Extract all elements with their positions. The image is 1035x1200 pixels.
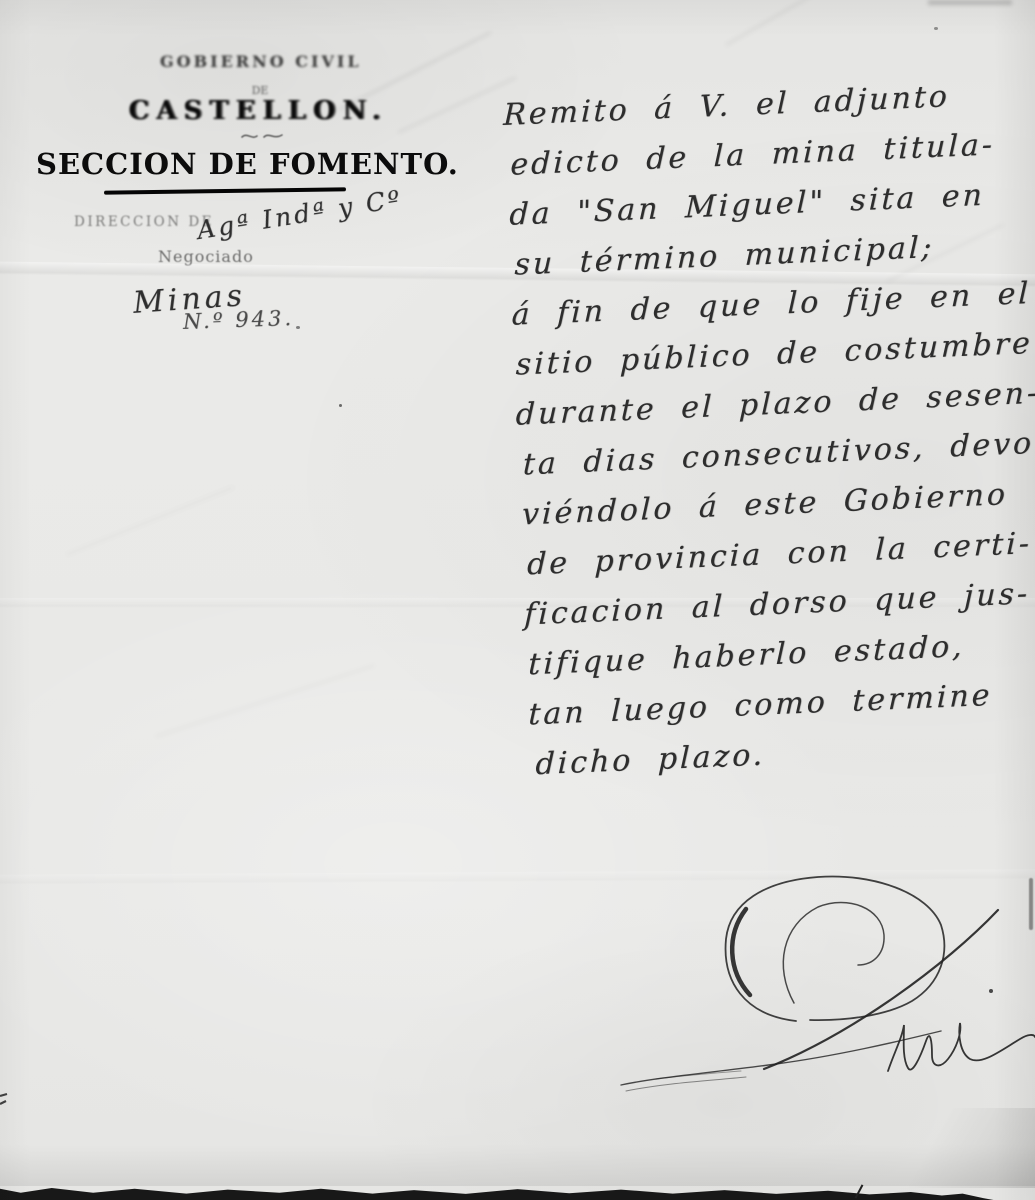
signature-flourish	[558, 853, 1035, 1108]
ink-speck	[296, 326, 300, 329]
direccion-label: DIRECCION DE	[74, 214, 214, 230]
scan-edge-artifact	[1029, 878, 1033, 930]
direccion-handwritten-value: Agª Indª y Cº	[195, 184, 405, 245]
letterhead-section-title: SECCION DE FOMENTO.	[36, 147, 476, 181]
file-number: N.º 943.	[183, 306, 295, 334]
ink-speck	[934, 27, 938, 30]
ink-showthrough-mark	[155, 665, 374, 738]
letterhead-ornament-icon	[240, 127, 284, 146]
ink-showthrough-mark	[398, 77, 517, 134]
letter-body: Remito á V. el adjunto edicto de la mina…	[502, 75, 1035, 797]
section-title-underline	[104, 187, 346, 194]
paper-corner-curl	[845, 1108, 1035, 1188]
ink-showthrough-mark	[726, 0, 831, 46]
scan-smudge	[928, 0, 1012, 5]
negociado-label: Negociado	[158, 247, 254, 266]
scanned-letter-page: GOBIERNO CIVIL DE CASTELLON. SECCION DE …	[0, 0, 1035, 1200]
ink-speck	[339, 404, 342, 407]
ink-showthrough-mark	[66, 486, 234, 555]
letterhead-agency-line1: GOBIERNO CIVIL	[160, 52, 360, 71]
letterhead-agency-line3: CASTELLON.	[108, 96, 408, 126]
edge-ink-mark	[0, 1092, 10, 1116]
